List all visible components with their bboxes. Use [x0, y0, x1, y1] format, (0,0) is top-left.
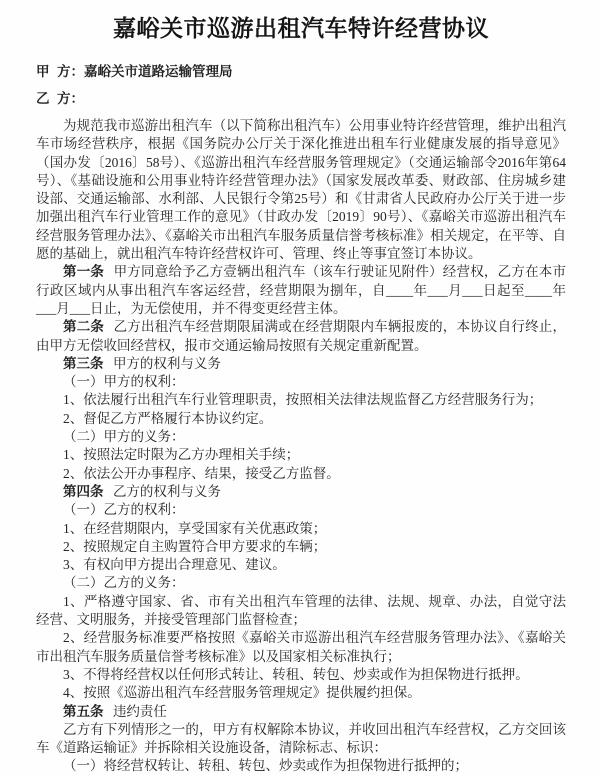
party-block: 甲 方：嘉峪关市道路运输管理局 乙 方： — [36, 58, 566, 112]
clause-number: 第四条 — [63, 484, 104, 499]
contract-paragraph: 为规范我市巡游出租汽车（以下简称出租汽车）公用事业特许经营管理，维护出租汽车市场… — [36, 117, 566, 263]
paragraph-text: 3、不得将经营权以任何形式转让、转租、转包、炒卖或作为担保物进行抵押。 — [63, 667, 529, 682]
contract-paragraph: 3、有权向甲方提出合理意见、建议。 — [36, 556, 566, 574]
contract-paragraph: 第一条甲方同意给予乙方壹辆出租汽车（该车行驶证见附件）经营权，乙方在本市行政区域… — [36, 263, 566, 318]
paragraph-text: （二）甲方的义务： — [63, 429, 185, 444]
clause-number: 第二条 — [63, 319, 104, 334]
contract-paragraph: 第五条违约责任 — [36, 703, 566, 721]
paragraph-text: （二）乙方的义务： — [63, 575, 185, 590]
party-b-row: 乙 方： — [36, 85, 566, 112]
paragraph-text: 3、有权向甲方提出合理意见、建议。 — [63, 557, 286, 572]
contract-paragraph: 第四条乙方的权利与义务 — [36, 483, 566, 501]
paragraph-text: 2、经营服务标准要严格按照《嘉峪关市巡游出租汽车经营服务管理办法》、《嘉峪关市出… — [36, 630, 566, 663]
paragraph-text: （一）甲方的权利： — [63, 374, 185, 389]
party-a-row: 甲 方：嘉峪关市道路运输管理局 — [36, 58, 566, 85]
contract-paragraph: （二）甲方的义务： — [36, 428, 566, 446]
contract-paragraph: 第三条甲方的权利与义务 — [36, 355, 566, 373]
contract-paragraph: 1、按照法定时限为乙方办理相关手续； — [36, 446, 566, 464]
paragraph-text: 1、严格遵守国家、省、市有关出租汽车管理的法律、法规、规章、办法，自觉守法经营、… — [36, 594, 566, 627]
contract-paragraph: （一）将经营权转让、转租、转包、炒卖或作为担保物进行抵押的； — [36, 757, 566, 774]
paragraph-text: 为规范我市巡游出租汽车（以下简称出租汽车）公用事业特许经营管理，维护出租汽车市场… — [36, 118, 566, 261]
contract-paragraph: 乙方有下列情形之一的，甲方有权解除本协议，并收回出租汽车经营权，乙方交回该车《道… — [36, 721, 566, 758]
clause-number: 第一条 — [63, 264, 104, 279]
contract-paragraph: 1、严格遵守国家、省、市有关出租汽车管理的法律、法规、规章、办法，自觉守法经营、… — [36, 593, 566, 630]
party-b-label: 乙 方： — [36, 91, 84, 106]
contract-paragraph: 2、督促乙方严格履行本协议约定。 — [36, 410, 566, 428]
paragraph-text: 乙方的权利与义务 — [113, 484, 221, 499]
paragraph-text: 1、依法履行出租汽车行业管理职责，按照相关法律法规监督乙方经营服务行为； — [63, 392, 542, 407]
paragraph-text: 4、按照《巡游出租汽车经营服务管理规定》提供履约担保。 — [63, 685, 421, 700]
contract-paragraph: 1、依法履行出租汽车行业管理职责，按照相关法律法规监督乙方经营服务行为； — [36, 391, 566, 409]
paragraph-text: （一）乙方的权利： — [63, 502, 185, 517]
paragraph-text: 2、按照规定自主购置符合甲方要求的车辆； — [63, 539, 326, 554]
contract-body: 为规范我市巡游出租汽车（以下简称出租汽车）公用事业特许经营管理，维护出租汽车市场… — [36, 117, 566, 774]
contract-paragraph: 2、按照规定自主购置符合甲方要求的车辆； — [36, 538, 566, 556]
paragraph-text: 2、督促乙方严格履行本协议约定。 — [63, 411, 272, 426]
clause-number: 第五条 — [63, 704, 104, 719]
contract-document: 嘉峪关市巡游出租汽车特许经营协议 甲 方：嘉峪关市道路运输管理局 乙 方： 为规… — [0, 0, 600, 774]
contract-paragraph: （一）乙方的权利： — [36, 501, 566, 519]
paragraph-text: 乙方有下列情形之一的，甲方有权解除本协议，并收回出租汽车经营权，乙方交回该车《道… — [36, 722, 566, 755]
party-a-value: 嘉峪关市道路运输管理局 — [84, 64, 233, 79]
document-title: 嘉峪关市巡游出租汽车特许经营协议 — [36, 13, 566, 44]
contract-paragraph: 2、依法公开办事程序、结果，接受乙方监督。 — [36, 465, 566, 483]
party-a-label: 甲 方： — [36, 64, 84, 79]
contract-paragraph: （二）乙方的义务： — [36, 574, 566, 592]
paragraph-text: 乙方出租汽车经营期限届满或在经营期限内车辆报废的，本协议自行终止，由甲方无偿收回… — [36, 319, 566, 352]
clause-number: 第三条 — [63, 356, 104, 371]
contract-paragraph: 第二条乙方出租汽车经营期限届满或在经营期限内车辆报废的，本协议自行终止，由甲方无… — [36, 318, 566, 355]
contract-paragraph: 2、经营服务标准要严格按照《嘉峪关市巡游出租汽车经营服务管理办法》、《嘉峪关市出… — [36, 629, 566, 666]
paragraph-text: 1、按照法定时限为乙方办理相关手续； — [63, 447, 299, 462]
paragraph-text: 甲方的权利与义务 — [113, 356, 221, 371]
paragraph-text: 1、在经营期限内，享受国家有关优惠政策； — [63, 521, 326, 536]
paragraph-text: 违约责任 — [113, 704, 167, 719]
contract-paragraph: 1、在经营期限内，享受国家有关优惠政策； — [36, 520, 566, 538]
contract-paragraph: 3、不得将经营权以任何形式转让、转租、转包、炒卖或作为担保物进行抵押。 — [36, 666, 566, 684]
paragraph-text: （一）将经营权转让、转租、转包、炒卖或作为担保物进行抵押的； — [63, 758, 468, 773]
paragraph-text: 甲方同意给予乙方壹辆出租汽车（该车行驶证见附件）经营权，乙方在本市行政区域内从事… — [36, 264, 566, 316]
paragraph-text: 2、依法公开办事程序、结果，接受乙方监督。 — [63, 466, 340, 481]
contract-paragraph: 4、按照《巡游出租汽车经营服务管理规定》提供履约担保。 — [36, 684, 566, 702]
contract-paragraph: （一）甲方的权利： — [36, 373, 566, 391]
